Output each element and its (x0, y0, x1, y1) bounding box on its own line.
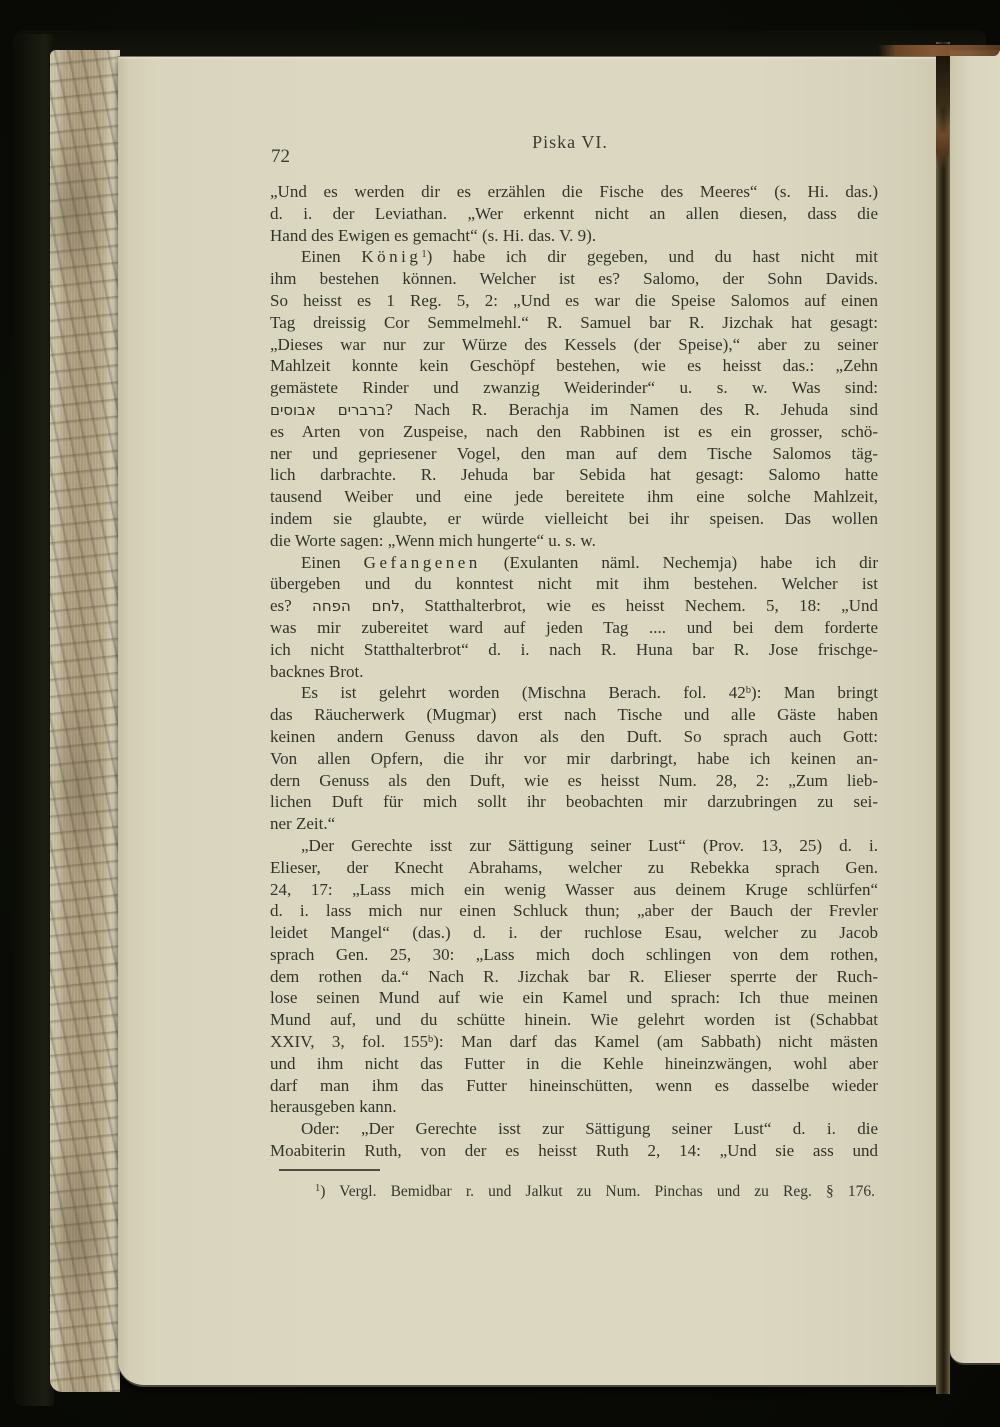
text-line: 24, 17: „Lass mich ein wenig Wasser aus … (270, 879, 878, 901)
gutter-rust-stain (936, 112, 949, 170)
text-segment: d. i. der Leviathan. „Wer erkennt nicht … (270, 204, 878, 223)
text-segment: ner und gepriesener Vogel, den man auf d… (270, 444, 878, 463)
text-segment: 24, 17: „Lass mich ein wenig Wasser aus … (270, 880, 878, 899)
page-stack-fore-edge (50, 50, 120, 1392)
text-line: tausend Weiber und eine jede bereitete i… (270, 486, 878, 508)
text-segment: Gefangenen (364, 553, 481, 572)
scan-background: 72 Piska VI. „Und es werden dir es erzäh… (0, 0, 1000, 1427)
text-line: lichen Duft für mich sollt ihr beobachte… (270, 791, 878, 813)
text-line: Von allen Opfern, die ihr vor mir darbri… (270, 748, 878, 770)
text-line: herausgeben kann. (270, 1096, 878, 1118)
text-segment: Elieser, der Knecht Abrahams, welcher zu… (270, 858, 878, 877)
text-segment: XXIV, 3, fol. 155 (270, 1032, 428, 1051)
text-line: es? לחם הפחה, Statthalterbrot, wie es he… (270, 595, 878, 617)
text-line: XXIV, 3, fol. 155b): Man darf das Kamel … (270, 1031, 878, 1053)
text-segment: , Statthalterbrot, wie es heisst Nechem.… (400, 596, 878, 615)
cover-damage-rust-edge (878, 45, 1000, 56)
text-line: d. i. lass mich nur einen Schluck thun; … (270, 900, 878, 922)
text-segment: Von allen Opfern, die ihr vor mir darbri… (270, 749, 878, 768)
text-segment: was mir zubereitet ward auf jeden Tag ..… (270, 618, 878, 637)
text-line: Einen König1) habe ich dir gegeben, und … (270, 246, 878, 268)
text-segment: lose seinen Mund auf wie ein Kamel und s… (270, 988, 878, 1007)
text-line: ner Zeit.“ (270, 813, 878, 835)
hebrew-phrase: לחם הפחה (312, 597, 400, 615)
text-segment: backnes Brot. (270, 662, 363, 681)
text-line: Es ist gelehrt worden (Mischna Berach. f… (270, 682, 878, 704)
text-segment: ich nicht Statthalterbrot“ d. i. nach R.… (270, 640, 878, 659)
text-segment: dern Genuss als den Duft, wie es heisst … (270, 771, 878, 790)
binding-gutter-shadow (936, 42, 950, 1394)
footnote: 1) Vergl. Bemidbar r. und Jalkut zu Num.… (315, 1183, 875, 1201)
book-cover-top-edge (14, 30, 986, 58)
text-segment: d. i. lass mich nur einen Schluck thun; … (270, 901, 878, 920)
text-line: So heisst es 1 Reg. 5, 2: „Und es war di… (270, 290, 878, 312)
text-line: backnes Brot. (270, 661, 878, 683)
text-segment: tausend Weiber und eine jede bereitete i… (270, 487, 878, 506)
text-segment: ): Man bringt (751, 683, 878, 702)
text-line: leidet Mangel“ (das.) d. i. der ruchlose… (270, 922, 878, 944)
text-segment: leidet Mangel“ (das.) d. i. der ruchlose… (270, 923, 878, 942)
text-line: ihm bestehen können. Welcher ist es? Sal… (270, 268, 878, 290)
text-line: ברברים אבוסים? Nach R. Berachja im Namen… (270, 399, 878, 421)
text-line: dern Genuss als den Duft, wie es heisst … (270, 770, 878, 792)
text-line: Mund auf, und du schütte hinein. Wie gel… (270, 1009, 878, 1031)
hebrew-phrase: ברברים אבוסים (270, 401, 385, 419)
text-line: und ihm nicht das Futter in die Kehle hi… (270, 1053, 878, 1075)
text-line: darf man ihm das Futter hineinschütten, … (270, 1075, 878, 1097)
text-line: übergeben und du konntest nicht mit ihm … (270, 573, 878, 595)
text-line: lich darbrachte. R. Jehuda bar Sebida ha… (270, 464, 878, 486)
text-segment: Hand des Ewigen es gemacht“ (s. Hi. das.… (270, 226, 596, 245)
body-text: „Und es werden dir es erzählen die Fisch… (270, 181, 878, 1162)
superscript-reference: b (428, 1034, 433, 1045)
text-segment: ? Nach R. Berachja im Namen des R. Jehud… (385, 400, 878, 419)
text-segment: Mahlzeit konnte kein Geschöpf bestehen, … (270, 356, 878, 375)
text-segment: ) Vergl. Bemidbar r. und Jalkut zu Num. … (320, 1183, 875, 1200)
text-segment: und ihm nicht das Futter in die Kehle hi… (270, 1054, 878, 1073)
text-segment: ihm bestehen können. Welcher ist es? Sal… (270, 269, 878, 288)
text-line: Moabiterin Ruth, von der es heisst Ruth … (270, 1140, 878, 1162)
superscript-reference: 1 (315, 1183, 320, 1194)
text-segment: ): Man darf das Kamel (am Sabbath) nicht… (433, 1032, 878, 1051)
text-segment: es? (270, 596, 312, 615)
text-line: Einen Gefangenen (Exulanten näml. Nechem… (270, 552, 878, 574)
text-segment: Mund auf, und du schütte hinein. Wie gel… (270, 1010, 878, 1029)
text-line: Elieser, der Knecht Abrahams, welcher zu… (270, 857, 878, 879)
book-cover-left-edge (14, 34, 54, 1406)
text-line: Mahlzeit konnte kein Geschöpf bestehen, … (270, 355, 878, 377)
text-line: Tag dreissig Cor Semmelmehl.“ R. Samuel … (270, 312, 878, 334)
text-line: gemästete Rinder und zwanzig Weiderinder… (270, 377, 878, 399)
text-line: „Und es werden dir es erzählen die Fisch… (270, 181, 878, 203)
text-segment: lich darbrachte. R. Jehuda bar Sebida ha… (270, 465, 878, 484)
text-segment: sprach Gen. 25, 30: „Lass mich doch schl… (270, 945, 878, 964)
text-line: ner und gepriesener Vogel, den man auf d… (270, 443, 878, 465)
text-segment: Oder: „Der Gerechte isst zur Sättigung s… (301, 1119, 878, 1138)
text-line: „Dieses war nur zur Würze des Kessels (d… (270, 334, 878, 356)
text-segment: dem rothen da.“ Nach R. Jizchak bar R. E… (270, 967, 878, 986)
footnote-separator-rule (279, 1169, 380, 1171)
text-segment: Es ist gelehrt worden (Mischna Berach. f… (301, 683, 746, 702)
text-segment: indem sie glaubte, er würde vielleicht b… (270, 509, 878, 528)
superscript-reference: 1 (421, 249, 426, 260)
facing-page-sliver (950, 50, 1000, 1365)
text-line: „Der Gerechte isst zur Sättigung seiner … (270, 835, 878, 857)
text-line: ich nicht Statthalterbrot“ d. i. nach R.… (270, 639, 878, 661)
text-segment: Einen (301, 553, 364, 572)
text-segment: Moabiterin Ruth, von der es heisst Ruth … (270, 1141, 878, 1160)
text-segment: es Arten von Zuspeise, nach den Rabbinen… (270, 422, 878, 441)
text-segment: herausgeben kann. (270, 1097, 397, 1116)
text-line: keinen andern Genuss davon als den Duft.… (270, 726, 878, 748)
text-segment: darf man ihm das Futter hineinschütten, … (270, 1076, 878, 1095)
text-line: dem rothen da.“ Nach R. Jizchak bar R. E… (270, 966, 878, 988)
text-line: es Arten von Zuspeise, nach den Rabbinen… (270, 421, 878, 443)
text-segment: lichen Duft für mich sollt ihr beobachte… (270, 792, 878, 811)
text-segment: So heisst es 1 Reg. 5, 2: „Und es war di… (270, 291, 878, 310)
text-segment: ) habe ich dir gegeben, und du hast nich… (427, 247, 878, 266)
text-line: das Räucherwerk (Mugmar) erst nach Tisch… (270, 704, 878, 726)
text-segment: König (361, 247, 421, 266)
text-segment: „Dieses war nur zur Würze des Kessels (d… (270, 335, 878, 354)
text-line: was mir zubereitet ward auf jeden Tag ..… (270, 617, 878, 639)
text-line: d. i. der Leviathan. „Wer erkennt nicht … (270, 203, 878, 225)
text-segment: ner Zeit.“ (270, 814, 335, 833)
text-line: Oder: „Der Gerechte isst zur Sättigung s… (270, 1118, 878, 1140)
text-segment: keinen andern Genuss davon als den Duft.… (270, 727, 878, 746)
text-segment: das Räucherwerk (Mugmar) erst nach Tisch… (270, 705, 878, 724)
text-line: die Worte sagen: „Wenn mich hungerte“ u.… (270, 530, 878, 552)
text-segment: „Der Gerechte isst zur Sättigung seiner … (301, 836, 878, 855)
text-segment: Einen (301, 247, 361, 266)
text-segment: übergeben und du konntest nicht mit ihm … (270, 574, 878, 593)
superscript-reference: b (746, 685, 751, 696)
text-line: lose seinen Mund auf wie ein Kamel und s… (270, 987, 878, 1009)
running-header: Piska VI. (275, 132, 865, 153)
text-segment: gemästete Rinder und zwanzig Weiderinder… (270, 378, 878, 397)
text-segment: „Und es werden dir es erzählen die Fisch… (270, 182, 878, 201)
text-line: sprach Gen. 25, 30: „Lass mich doch schl… (270, 944, 878, 966)
text-line: Hand des Ewigen es gemacht“ (s. Hi. das.… (270, 225, 878, 247)
text-segment: (Exulanten näml. Nechemja) habe ich dir (481, 553, 878, 572)
text-segment: die Worte sagen: „Wenn mich hungerte“ u.… (270, 531, 596, 550)
text-segment: Tag dreissig Cor Semmelmehl.“ R. Samuel … (270, 313, 878, 332)
text-line: indem sie glaubte, er würde vielleicht b… (270, 508, 878, 530)
